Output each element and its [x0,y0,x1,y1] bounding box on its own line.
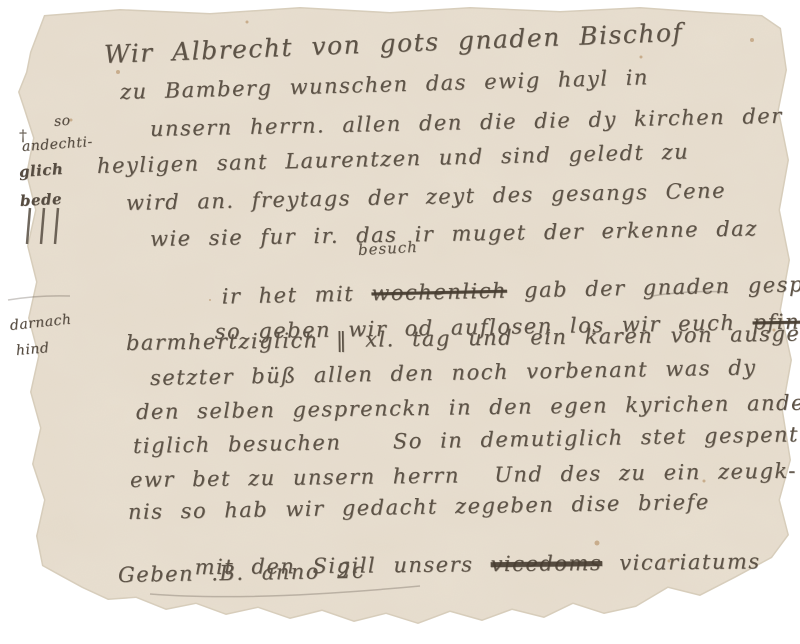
scribbled-out-word: vicedoms [490,551,602,576]
margin-note-1-row-3: glich [18,160,64,181]
margin-note-2-row-2: hind [15,340,50,359]
margin-note-1-row-4: bede [20,190,63,210]
text-line-16: Geben .B. anno 2c [118,559,366,587]
text-line-15-post: vicariatums [602,549,761,575]
inserted-word-above: besuch [358,238,419,259]
manuscript-page: Wir Albrecht von gots gnaden Bischof zu … [0,0,800,644]
margin-note-1-row-1: so [53,113,71,130]
